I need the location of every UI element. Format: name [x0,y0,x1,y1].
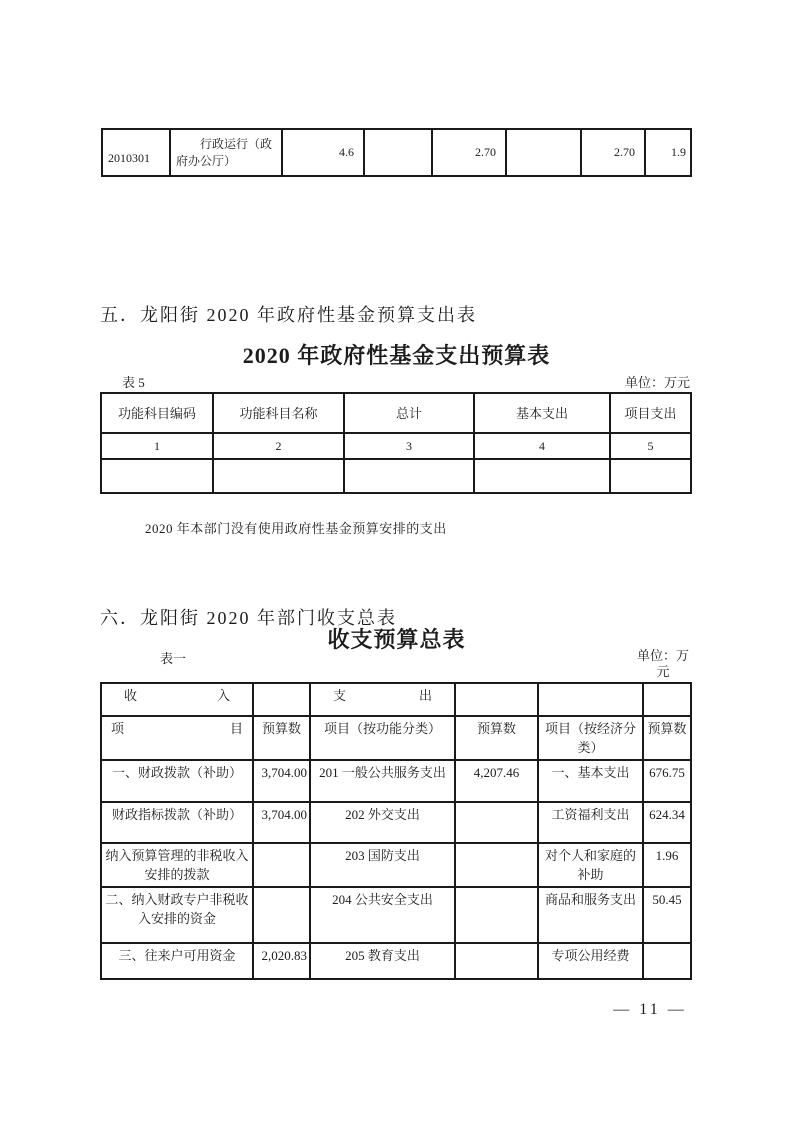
income-amount-cell [253,843,310,887]
table5-empty-cell [610,459,691,493]
income-item-cell: 三、往来户可用资金 [101,943,253,979]
table1-unit-label: 单位：万元 [636,648,690,680]
functional-item-cell: 205 教育支出 [310,943,455,979]
section5-heading: 五．龙阳街 2020 年政府性基金预算支出表 [100,301,477,327]
table5-colnum-cell: 1 [101,433,213,459]
functional-amount-cell: 4,207.46 [455,760,538,802]
gov-fund-table: 功能科目编码 功能科目名称 总计 基本支出 项目支出 1 2 3 4 5 [100,392,692,494]
table5-header-cell: 功能科目编码 [101,393,213,433]
carryover-table: 2010301 行政运行（政府办公厅） 4.6 2.70 2.70 1.9 [101,128,692,177]
table5-colnum-cell: 5 [610,433,691,459]
carryover-value-cell: 2.70 [432,129,506,176]
budget-summary-table: 收入 支出 项目 预算数 项目（按功能分类） 预算数 项目（按经济分类） 预算数… [100,682,692,980]
empty-data-row [101,459,691,493]
table-row: 纳入预算管理的非税收入安排的拨款 203 国防支出 对个人和家庭的补助 1.96 [101,843,691,887]
table5-colnum-cell: 4 [474,433,610,459]
economic-item-cell: 专项公用经费 [538,943,643,979]
carryover-value-cell: 2.70 [581,129,645,176]
functional-amount-cell [455,943,538,979]
functional-amount-cell [455,802,538,843]
document-page: 2010301 行政运行（政府办公厅） 4.6 2.70 2.70 1.9 五．… [0,0,793,1122]
economic-item-cell: 工资福利支出 [538,802,643,843]
page-number: — 11 — [560,1001,740,1019]
functional-item-cell: 203 国防支出 [310,843,455,887]
economic-amount-cell: 1.96 [643,843,691,887]
carryover-value-cell [364,129,432,176]
empty-cell [538,683,643,716]
table1-label: 表一 [160,648,186,680]
summary-col-header: 预算数 [643,716,691,760]
income-group-header: 收入 [101,683,253,716]
carryover-value-cell: 4.6 [282,129,364,176]
table-row: 一、财政拨款（补助） 3,704.00 201 一般公共服务支出 4,207.4… [101,760,691,802]
table5-empty-cell [474,459,610,493]
income-item-cell: 财政指标拨款（补助） [101,802,253,843]
economic-amount-cell: 676.75 [643,760,691,802]
summary-col-header: 项目（按经济分类） [538,716,643,760]
summary-col-header: 项目（按功能分类） [310,716,455,760]
table5-colnum-cell: 2 [213,433,344,459]
income-amount-cell: 2,020.83 [253,943,310,979]
section5-table-title: 2020 年政府性基金支出预算表 [0,339,793,370]
income-amount-cell: 3,704.00 [253,760,310,802]
table5-header-cell: 基本支出 [474,393,610,433]
carryover-code-cell: 2010301 [102,129,170,176]
economic-item-cell: 商品和服务支出 [538,887,643,943]
table5-header-cell: 总计 [344,393,474,433]
empty-cell [643,683,691,716]
income-item-cell: 二、纳入财政专户非税收入安排的资金 [101,887,253,943]
table-row: 三、往来户可用资金 2,020.83 205 教育支出 专项公用经费 [101,943,691,979]
table5-colnum-cell: 3 [344,433,474,459]
income-amount-cell [253,887,310,943]
group-header-row: 收入 支出 [101,683,691,716]
functional-item-cell: 201 一般公共服务支出 [310,760,455,802]
summary-col-header: 预算数 [455,716,538,760]
economic-item-cell: 对个人和家庭的补助 [538,843,643,887]
income-amount-cell: 3,704.00 [253,802,310,843]
carryover-value-cell [506,129,581,176]
functional-amount-cell [455,887,538,943]
economic-item-cell: 一、基本支出 [538,760,643,802]
table5-empty-cell [213,459,344,493]
income-item-cell: 一、财政拨款（补助） [101,760,253,802]
summary-col-header: 项目 [101,716,253,760]
column-number-row: 1 2 3 4 5 [101,433,691,459]
expenditure-group-header: 支出 [310,683,455,716]
section5-note: 2020 年本部门没有使用政府性基金预算安排的支出 [145,518,447,537]
table-row: 2010301 行政运行（政府办公厅） 4.6 2.70 2.70 1.9 [102,129,691,176]
empty-cell [253,683,310,716]
table1-label-row: 表一 单位：万元 [100,648,690,680]
economic-amount-cell [643,943,691,979]
summary-col-header: 预算数 [253,716,310,760]
table5-unit-label: 单位：万元 [625,372,690,391]
table-row: 财政指标拨款（补助） 3,704.00 202 外交支出 工资福利支出 624.… [101,802,691,843]
functional-amount-cell [455,843,538,887]
economic-amount-cell: 624.34 [643,802,691,843]
income-item-cell: 纳入预算管理的非税收入安排的拨款 [101,843,253,887]
carryover-name-cell: 行政运行（政府办公厅） [170,129,282,176]
table5-empty-cell [101,459,213,493]
carryover-value-cell: 1.9 [645,129,691,176]
empty-cell [455,683,538,716]
table5-empty-cell [344,459,474,493]
table5-label: 表 5 [122,372,145,391]
table-row: 二、纳入财政专户非税收入安排的资金 204 公共安全支出 商品和服务支出 50.… [101,887,691,943]
functional-item-cell: 202 外交支出 [310,802,455,843]
functional-item-cell: 204 公共安全支出 [310,887,455,943]
column-header-row: 项目 预算数 项目（按功能分类） 预算数 项目（按经济分类） 预算数 [101,716,691,760]
economic-amount-cell: 50.45 [643,887,691,943]
table-header-row: 功能科目编码 功能科目名称 总计 基本支出 项目支出 [101,393,691,433]
table5-label-row: 表 5 单位：万元 [100,372,690,391]
table5-header-cell: 功能科目名称 [213,393,344,433]
table5-header-cell: 项目支出 [610,393,691,433]
